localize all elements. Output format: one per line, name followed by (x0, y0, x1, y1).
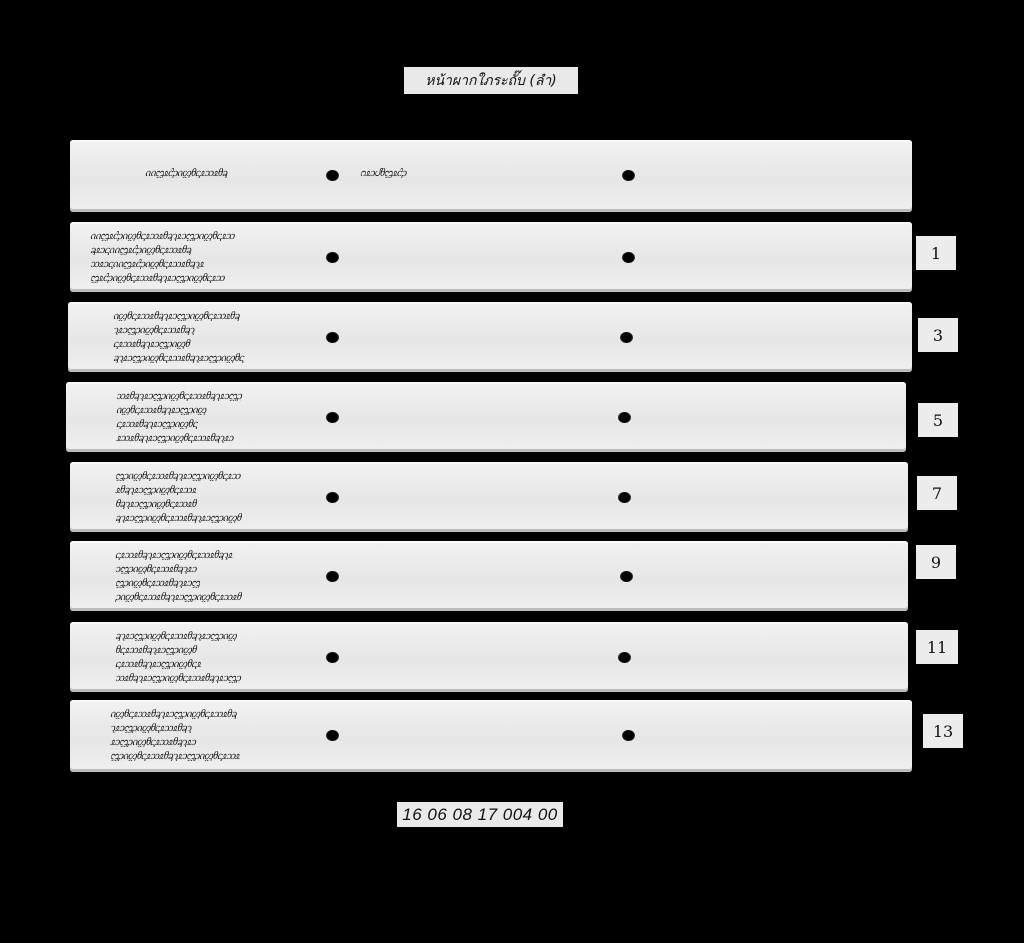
palm-leaf-3: ᦵᦜᦲᦓᦸᦉᦸᦲᦃᦡᦸᦱᦗᦳᦵᦜᦲᦓᦸᦉᦸᦲᦃ ᦡᦸᦱᦗᦳᦵᦜᦲᦓᦸᦉᦸᦲᦃᦡ … (68, 302, 912, 372)
page-label-7: 7 (917, 476, 957, 510)
string-hole (622, 170, 635, 181)
string-hole (326, 492, 339, 503)
leaf-line: ᦃᦡᦸᦱᦗᦳᦵᦜᦲᦓᦸᦉᦸᦲᦃᦡᦸᦱᦗᦳᦵᦜ (115, 629, 895, 641)
leaf-line: ᦓᦸᦉᦸᦲᦃᦡᦸᦱᦗᦳᦵᦜᦲ (113, 337, 893, 349)
page-label-text: 3 (933, 326, 943, 345)
leaf-line: ᦗᦸᦺᦳᦵᦜᦲᦓᦸᦉᦸᦲᦃᦡᦸᦱᦗᦳᦵᦜᦲᦓᦸᦉ (90, 271, 890, 283)
string-hole (618, 652, 631, 663)
leaf-line: ᦃᦡᦸᦱᦗᦳᦵᦜᦲᦓᦸᦉᦸᦲᦃᦡᦸᦱᦗᦳᦵᦜᦲᦓ (113, 351, 893, 363)
leaf-line: ᦲᦓᦸᦉᦸᦲᦃᦡᦸᦱᦗᦳᦵᦜᦲ (115, 643, 895, 655)
archive-id-caption: 16 06 08 17 004 00 (397, 802, 563, 827)
leaf-line: ᦉᦸᦱᦓᦶᦗᦸᦺᦳᦵᦜᦲᦓᦸᦉᦸᦲᦃᦡᦸ (90, 257, 890, 269)
page-label-5: 5 (918, 403, 958, 437)
leaf-line: ᦵᦜᦲᦓᦸᦉᦸᦲᦃᦡᦸᦱᦗᦳᦵᦜᦲᦓᦸᦉᦸᦲᦃ (113, 309, 893, 321)
leaf-line: ᦃᦡᦸᦱᦗᦳᦵᦜᦲᦓᦸᦉᦸᦲᦃᦡᦸᦱᦗᦳᦵᦜᦲ (115, 511, 895, 523)
leaf-line: ᦗᦳᦵᦜᦲᦓᦸᦉᦸᦲᦃᦡᦸᦱᦗ (115, 576, 895, 588)
string-hole (622, 252, 635, 263)
page-label-text: 7 (932, 484, 942, 503)
leaf-line: ᦸᦲᦃᦡᦸᦱᦗᦳᦵᦜᦲᦓᦸᦉᦸ (115, 483, 895, 495)
archive-id-text: 16 06 08 17 004 00 (402, 805, 558, 825)
leaf-line: ᦶᦗᦸᦺᦳᦵᦜᦲᦓᦸᦉᦸᦲᦃ (145, 166, 315, 178)
string-hole (326, 652, 339, 663)
leaf-line: ᦶᦗᦸᦺᦳᦵᦜᦲᦓᦸᦉᦸᦲᦃᦡᦸᦱᦗᦳᦵᦜᦲᦓᦸᦉ (90, 229, 890, 241)
title-caption-text: หน้าผากใภระถั๊บ (ลำ) (425, 70, 556, 92)
page-label-13: 13 (923, 714, 963, 748)
page-label-1: 1 (916, 236, 956, 270)
leaf-line: ᦵᦜᦲᦓᦸᦉᦸᦲᦃᦡᦸᦱᦗᦳᦵᦜ (116, 403, 886, 415)
leaf-line: ᦡᦸᦱᦗᦳᦵᦜᦲᦓᦸᦉᦸᦲᦃᦡ (110, 721, 900, 733)
palm-leaf-cover: ᦶᦗᦸᦺᦳᦵᦜᦲᦓᦸᦉᦸᦲᦃ ᦅᦸᦱᦔᦲᦗᦸᦺᦳ (70, 140, 912, 212)
string-hole (618, 492, 631, 503)
leaf-line: ᦗᦳᦵᦜᦲᦓᦸᦉᦸᦲᦃᦡᦸᦱᦗᦳᦵᦜᦲᦓᦸᦉᦸ (110, 749, 900, 761)
leaf-line: ᦸᦉᦸᦲᦃᦡᦸᦱᦗᦳᦵᦜᦲᦓᦸᦉᦸᦲᦃᦡᦸᦱ (116, 431, 886, 443)
string-hole (618, 412, 631, 423)
leaf-line: ᦸᦱᦗᦳᦵᦜᦲᦓᦸᦉᦸᦲᦃᦡᦸᦱ (110, 735, 900, 747)
page-label-9: 9 (916, 545, 956, 579)
page-label-text: 13 (933, 722, 953, 741)
page-label-text: 11 (927, 638, 947, 657)
leaf-line: ᦳᦵᦜᦲᦓᦸᦉᦸᦲᦃᦡᦸᦱᦗᦳᦵᦜᦲᦓᦸᦉᦸᦲ (115, 590, 895, 602)
palm-leaf-1: ᦶᦗᦸᦺᦳᦵᦜᦲᦓᦸᦉᦸᦲᦃᦡᦸᦱᦗᦳᦵᦜᦲᦓᦸᦉ ᦃᦸᦱᦓᦶᦗᦸᦺᦳᦵᦜᦲᦓᦸ… (70, 222, 912, 292)
leaf-line: ᦉᦸᦲᦃᦡᦸᦱᦗᦳᦵᦜᦲᦓᦸᦉᦸᦲᦃᦡᦸᦱᦗᦳ (116, 389, 886, 401)
palm-leaf-7: ᦗᦳᦵᦜᦲᦓᦸᦉᦸᦲᦃᦡᦸᦱᦗᦳᦵᦜᦲᦓᦸᦉ ᦸᦲᦃᦡᦸᦱᦗᦳᦵᦜᦲᦓᦸᦉᦸ ᦲ… (70, 462, 908, 532)
palm-leaf-13: ᦵᦜᦲᦓᦸᦉᦸᦲᦃᦡᦸᦱᦗᦳᦵᦜᦲᦓᦸᦉᦸᦲᦃ ᦡᦸᦱᦗᦳᦵᦜᦲᦓᦸᦉᦸᦲᦃᦡ … (70, 700, 912, 772)
palm-leaf-5: ᦉᦸᦲᦃᦡᦸᦱᦗᦳᦵᦜᦲᦓᦸᦉᦸᦲᦃᦡᦸᦱᦗᦳ ᦵᦜᦲᦓᦸᦉᦸᦲᦃᦡᦸᦱᦗᦳᦵᦜ… (66, 382, 906, 452)
leaf-line: ᦉᦸᦲᦃᦡᦸᦱᦗᦳᦵᦜᦲᦓᦸᦉᦸᦲᦃᦡᦸᦱᦗᦳ (115, 671, 895, 683)
leaf-line: ᦵᦜᦲᦓᦸᦉᦸᦲᦃᦡᦸᦱᦗᦳᦵᦜᦲᦓᦸᦉᦸᦲᦃ (110, 707, 900, 719)
palm-leaf-11: ᦃᦡᦸᦱᦗᦳᦵᦜᦲᦓᦸᦉᦸᦲᦃᦡᦸᦱᦗᦳᦵᦜ ᦲᦓᦸᦉᦸᦲᦃᦡᦸᦱᦗᦳᦵᦜᦲ ᦓ… (70, 622, 908, 692)
string-hole (326, 571, 339, 582)
page-label-text: 9 (931, 553, 941, 572)
leaf-line: ᦅᦸᦱᦔᦲᦗᦸᦺᦳ (360, 166, 480, 178)
string-hole (622, 730, 635, 741)
leaf-line: ᦱᦗᦳᦵᦜᦲᦓᦸᦉᦸᦲᦃᦡᦸᦱ (115, 562, 895, 574)
page-label-text: 5 (933, 411, 943, 430)
string-hole (326, 170, 339, 181)
page-label-3: 3 (918, 318, 958, 352)
leaf-line: ᦗᦳᦵᦜᦲᦓᦸᦉᦸᦲᦃᦡᦸᦱᦗᦳᦵᦜᦲᦓᦸᦉ (115, 469, 895, 481)
leaf-line: ᦡᦸᦱᦗᦳᦵᦜᦲᦓᦸᦉᦸᦲᦃᦡ (113, 323, 893, 335)
string-hole (326, 730, 339, 741)
leaf-line: ᦓᦸᦉᦸᦲᦃᦡᦸᦱᦗᦳᦵᦜᦲᦓᦸ (115, 657, 895, 669)
palm-leaf-9: ᦓᦸᦉᦸᦲᦃᦡᦸᦱᦗᦳᦵᦜᦲᦓᦸᦉᦸᦲᦃᦡᦸ ᦱᦗᦳᦵᦜᦲᦓᦸᦉᦸᦲᦃᦡᦸᦱ ᦗ… (70, 541, 908, 611)
leaf-line: ᦲᦃᦡᦸᦱᦗᦳᦵᦜᦲᦓᦸᦉᦸᦲ (115, 497, 895, 509)
string-hole (326, 252, 339, 263)
page-label-11: 11 (916, 630, 958, 664)
leaf-line: ᦃᦸᦱᦓᦶᦗᦸᦺᦳᦵᦜᦲᦓᦸᦉᦸᦲᦃ (90, 243, 890, 255)
leaf-line: ᦓᦸᦉᦸᦲᦃᦡᦸᦱᦗᦳᦵᦜᦲᦓᦸᦉᦸᦲᦃᦡᦸ (115, 548, 895, 560)
leaf-line: ᦓᦸᦉᦸᦲᦃᦡᦸᦱᦗᦳᦵᦜᦲᦓ (116, 417, 886, 429)
string-hole (620, 332, 633, 343)
title-caption: หน้าผากใภระถั๊บ (ลำ) (404, 67, 578, 94)
string-hole (326, 412, 339, 423)
page-label-text: 1 (931, 244, 941, 263)
string-hole (620, 571, 633, 582)
string-hole (326, 332, 339, 343)
